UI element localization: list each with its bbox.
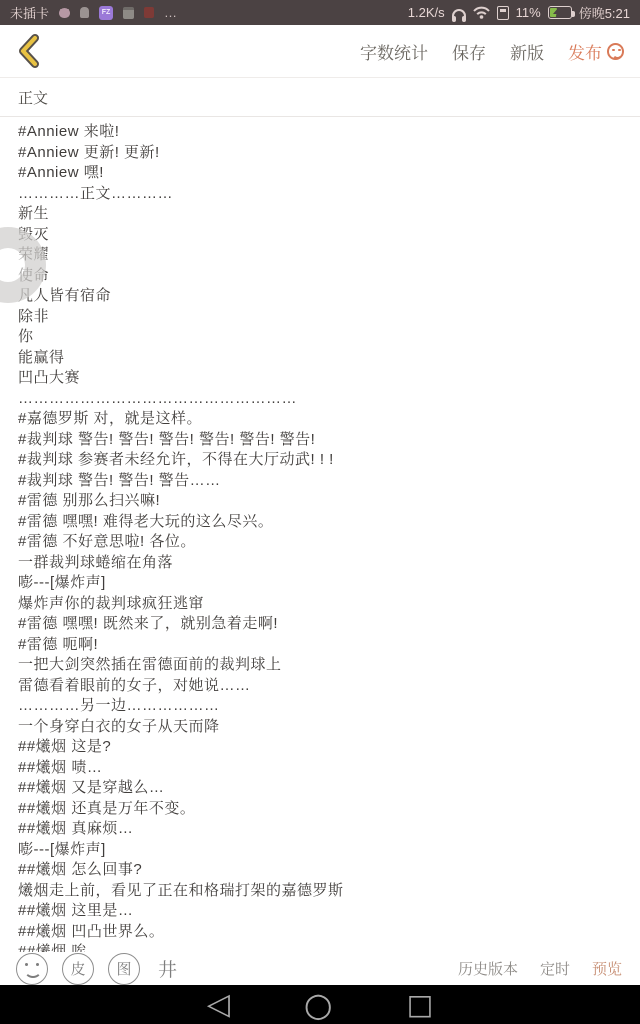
headset-icon bbox=[452, 9, 466, 19]
tab-row: 正文 bbox=[0, 78, 640, 117]
bottom-toolbar: 皮 图 井 历史版本 定时 预览 bbox=[0, 952, 640, 985]
text-line: #裁判球 警告! 警告! 警告…… bbox=[18, 471, 626, 492]
text-line: 嘭---[爆炸声] bbox=[18, 573, 626, 594]
text-line: 一把大剑突然插在雷德面前的裁判球上 bbox=[18, 655, 626, 676]
text-line: 能赢得 bbox=[18, 348, 626, 369]
sticker-button[interactable]: 皮 bbox=[62, 953, 94, 985]
writing-app-screen: 未插卡 FZ … 1.2K/s 11% 傍晚5:21 bbox=[0, 0, 640, 1024]
text-line: ……………………………………………… bbox=[18, 389, 626, 410]
text-line: 爆炸声你的裁判球疯狂逃窜 bbox=[18, 594, 626, 615]
smiley-icon bbox=[607, 43, 624, 60]
text-line: #雷德 别那么扫兴嘛! bbox=[18, 491, 626, 512]
editor-toolbar: 字数统计 保存 新版 发布 bbox=[0, 25, 640, 78]
text-line: 新生 bbox=[18, 204, 626, 225]
text-line: #嘉德罗斯 对，就是这样。 bbox=[18, 409, 626, 430]
text-line: ##爔烟 啧… bbox=[18, 758, 626, 779]
text-line: 嘭---[爆炸声] bbox=[18, 840, 626, 861]
text-line: ##爔烟 真麻烦… bbox=[18, 819, 626, 840]
text-line: …………另一边……………… bbox=[18, 696, 626, 717]
text-line: 除非 bbox=[18, 307, 626, 328]
back-chevron-icon bbox=[16, 34, 42, 68]
text-line: 一群裁判球蜷缩在角落 bbox=[18, 553, 626, 574]
text-line: ##爔烟 又是穿越么… bbox=[18, 778, 626, 799]
text-line: #Anniew 来啦! bbox=[18, 122, 626, 143]
nav-home-icon[interactable]: ○ bbox=[304, 988, 333, 1021]
text-line: 毁灭 bbox=[18, 225, 626, 246]
charging-bolt-icon bbox=[553, 8, 561, 18]
content-lines: #Anniew 来啦!#Anniew 更新! 更新!#Anniew 嘿!…………… bbox=[18, 122, 626, 963]
back-button[interactable] bbox=[16, 33, 46, 69]
history-versions-button[interactable]: 历史版本 bbox=[458, 958, 518, 979]
status-bar: 未插卡 FZ … 1.2K/s 11% 傍晚5:21 bbox=[0, 0, 640, 25]
preview-button[interactable]: 预览 bbox=[592, 958, 622, 979]
publish-button[interactable]: 发布 bbox=[568, 39, 624, 64]
network-speed-label: 1.2K/s bbox=[408, 5, 445, 20]
android-nav-bar: ◁ ○ □ bbox=[0, 985, 640, 1024]
red-app-notification-icon bbox=[144, 7, 154, 18]
text-line: …………正文………… bbox=[18, 184, 626, 205]
gray-app-notification-icon bbox=[123, 7, 134, 19]
text-line: #Anniew 更新! 更新! bbox=[18, 143, 626, 164]
sdcard-icon bbox=[497, 6, 509, 20]
app-notification-icon bbox=[80, 7, 89, 18]
text-line: #雷德 不好意思啦! 各位。 bbox=[18, 532, 626, 553]
text-line: 荣耀 bbox=[18, 245, 626, 266]
more-notifications-icon: … bbox=[164, 5, 178, 20]
carrier-label: 未插卡 bbox=[10, 3, 49, 22]
text-line: ##爔烟 怎么回事? bbox=[18, 860, 626, 881]
text-line: ##爔烟 还真是万年不变。 bbox=[18, 799, 626, 820]
text-line: 一个身穿白衣的女子从天而降 bbox=[18, 717, 626, 738]
editor-content[interactable]: #Anniew 来啦!#Anniew 更新! 更新!#Anniew 嘿!…………… bbox=[0, 117, 640, 963]
text-line: 凹凸大赛 bbox=[18, 368, 626, 389]
text-line: #裁判球 警告! 警告! 警告! 警告! 警告! 警告! bbox=[18, 430, 626, 451]
paw-notification-icon bbox=[59, 8, 70, 18]
text-line: #Anniew 嘿! bbox=[18, 163, 626, 184]
text-line: #雷德 嘿嘿! 既然来了，就别急着走啊! bbox=[18, 614, 626, 635]
publish-label: 发布 bbox=[568, 39, 602, 64]
nav-recents-icon[interactable]: □ bbox=[407, 991, 433, 1019]
text-line: 雷德看着眼前的女子，对她说…… bbox=[18, 676, 626, 697]
battery-percent-label: 11% bbox=[516, 5, 541, 20]
text-line: 你 bbox=[18, 327, 626, 348]
emoji-button[interactable] bbox=[16, 953, 48, 985]
clock-label: 傍晚5:21 bbox=[579, 3, 630, 22]
image-button[interactable]: 图 bbox=[108, 953, 140, 985]
tab-main-text[interactable]: 正文 bbox=[18, 87, 48, 108]
battery-charging-icon bbox=[548, 6, 572, 19]
text-line: 使命 bbox=[18, 266, 626, 287]
text-line: 爔烟走上前，看见了正在和格瑞打架的嘉德罗斯 bbox=[18, 881, 626, 902]
save-button[interactable]: 保存 bbox=[452, 39, 486, 64]
text-line: #雷德 呃啊! bbox=[18, 635, 626, 656]
text-line: ##爔烟 凹凸世界么。 bbox=[18, 922, 626, 943]
word-count-button[interactable]: 字数统计 bbox=[360, 39, 428, 64]
new-version-button[interactable]: 新版 bbox=[510, 39, 544, 64]
nav-back-icon[interactable]: ◁ bbox=[207, 990, 230, 1020]
hashtag-button[interactable]: 井 bbox=[158, 955, 177, 982]
text-line: #雷德 嘿嘿! 难得老大玩的这么尽兴。 bbox=[18, 512, 626, 533]
text-line: 凡人皆有宿命 bbox=[18, 286, 626, 307]
text-line: ##爔烟 这里是… bbox=[18, 901, 626, 922]
text-line: ##爔烟 这是? bbox=[18, 737, 626, 758]
text-line: #裁判球 参赛者未经允许，不得在大厅动武! ! ! bbox=[18, 450, 626, 471]
purple-app-notification-icon: FZ bbox=[99, 6, 113, 20]
timer-button[interactable]: 定时 bbox=[540, 958, 570, 979]
wifi-icon bbox=[473, 6, 490, 19]
